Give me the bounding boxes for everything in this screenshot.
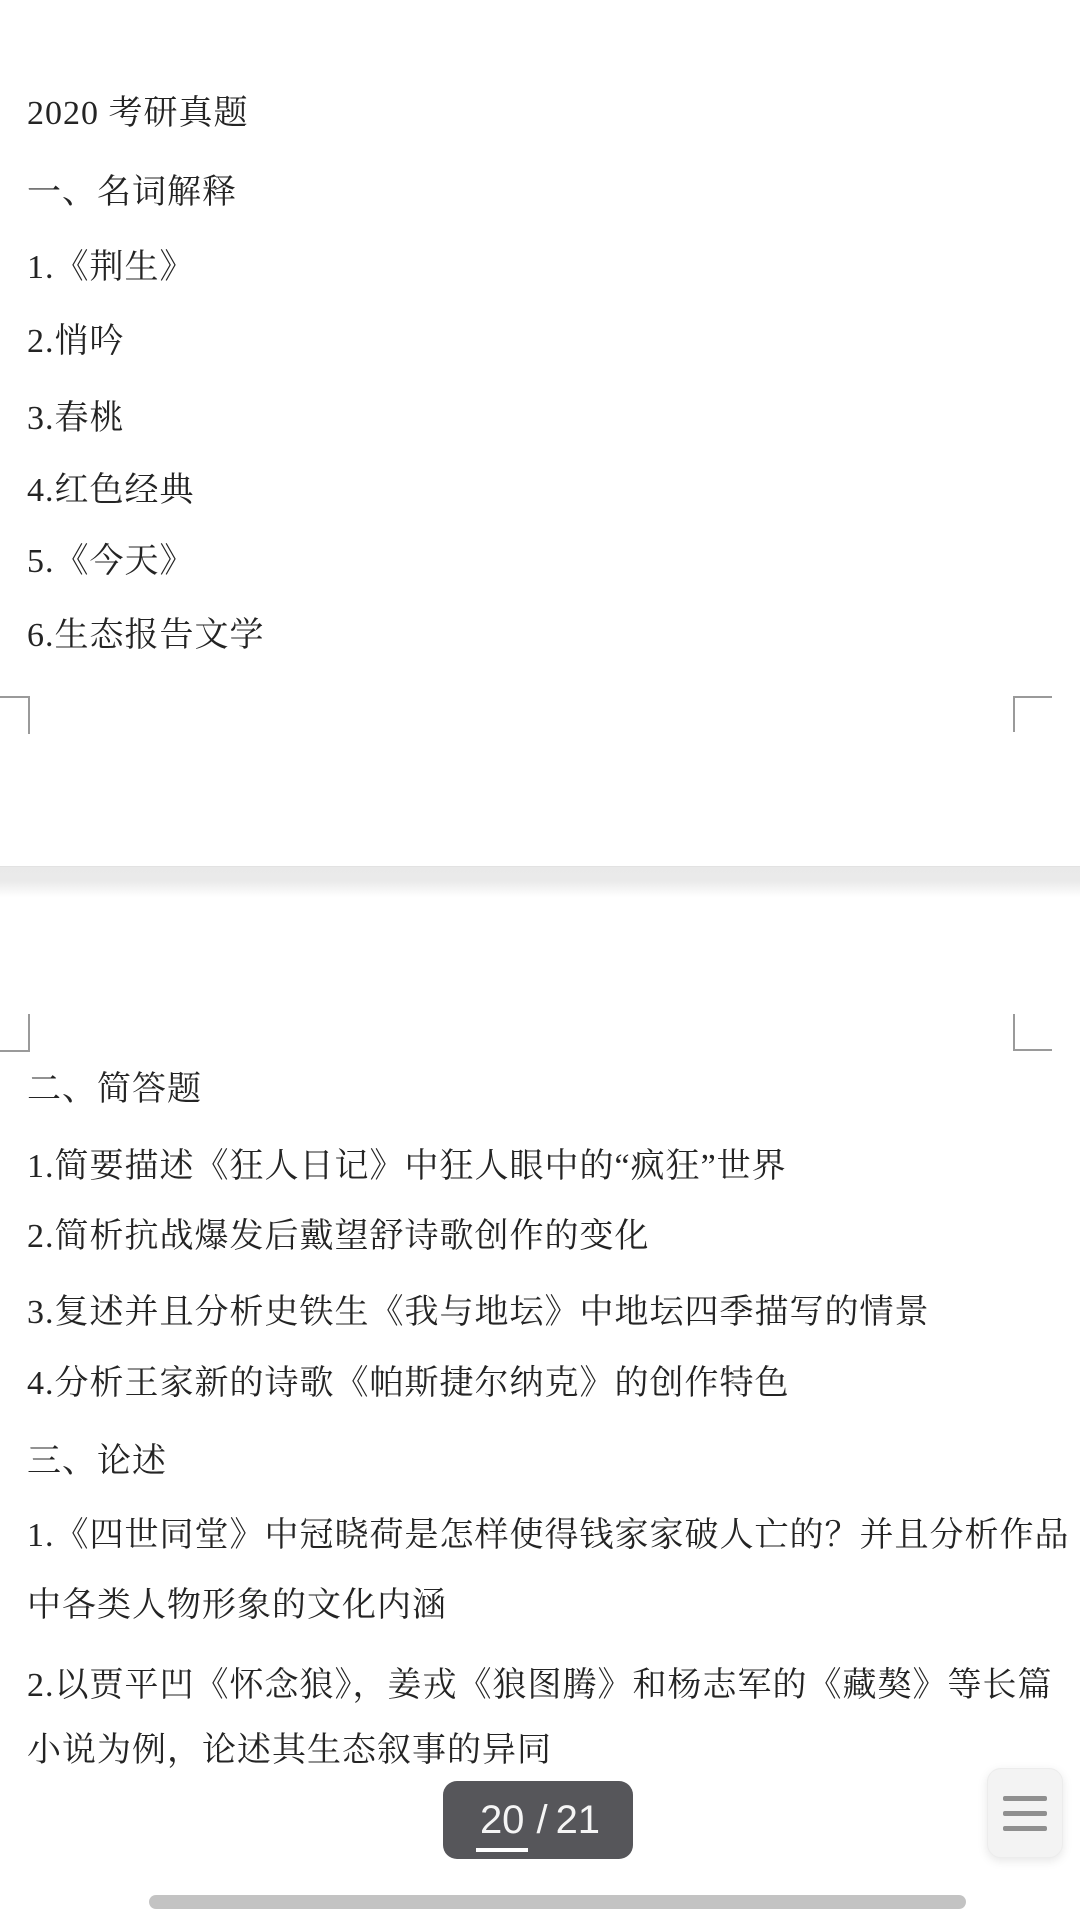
- doc-line: 1.《荆生》: [27, 250, 195, 286]
- menu-bar: [1003, 1796, 1047, 1801]
- doc-line: 小说为例，论述其生态叙事的异同: [27, 1733, 552, 1769]
- hamburger-menu-icon: [1003, 1796, 1047, 1831]
- table-corner-mark: [0, 696, 30, 734]
- doc-line: 1.简要描述《狂人日记》中狂人眼中的“疯狂”世界: [27, 1149, 787, 1185]
- doc-title: 2020 考研真题: [27, 96, 249, 132]
- current-page-number: 20: [476, 1798, 529, 1852]
- menu-bar: [1003, 1826, 1047, 1831]
- total-page-number: 21: [556, 1798, 601, 1843]
- doc-line: 2.以贾平凹《怀念狼》，姜戎《狼图腾》和杨志军的《藏獒》等长篇: [27, 1668, 1053, 1704]
- doc-line: 5.《今天》: [27, 544, 195, 580]
- doc-line: 2.简析抗战爆发后戴望舒诗歌创作的变化: [27, 1219, 650, 1255]
- doc-line: 4.红色经典: [27, 473, 195, 509]
- doc-line: 1.《四世同堂》中冠晓荷是怎样使得钱家家破人亡的？并且分析作品: [27, 1518, 1070, 1554]
- table-corner-mark: [1013, 696, 1052, 732]
- doc-heading: 三、论述: [27, 1444, 167, 1480]
- doc-heading: 二、简答题: [27, 1072, 202, 1108]
- horizontal-scrollbar-thumb[interactable]: [149, 1895, 966, 1909]
- table-corner-mark: [1013, 1014, 1052, 1051]
- doc-line: 6.生态报告文学: [27, 618, 265, 654]
- page-separator: [0, 866, 1080, 899]
- menu-bar: [1003, 1811, 1047, 1816]
- document-viewer: 2020 考研真题 一、名词解释 1.《荆生》 2.悄吟 3.春桃 4.红色经典…: [0, 0, 1080, 1920]
- menu-button[interactable]: [987, 1768, 1063, 1858]
- doc-line: 4.分析王家新的诗歌《帕斯捷尔纳克》的创作特色: [27, 1366, 790, 1402]
- doc-line: 3.复述并且分析史铁生《我与地坛》中地坛四季描写的情景: [27, 1295, 930, 1331]
- page-indicator-separator: /: [536, 1798, 547, 1843]
- table-corner-mark: [0, 1014, 30, 1052]
- doc-line: 中各类人物形象的文化内涵: [27, 1588, 447, 1624]
- page-indicator[interactable]: 20 / 21: [443, 1781, 633, 1859]
- doc-heading: 一、名词解释: [27, 175, 237, 211]
- doc-line: 2.悄吟: [27, 324, 125, 360]
- doc-line: 3.春桃: [27, 401, 125, 437]
